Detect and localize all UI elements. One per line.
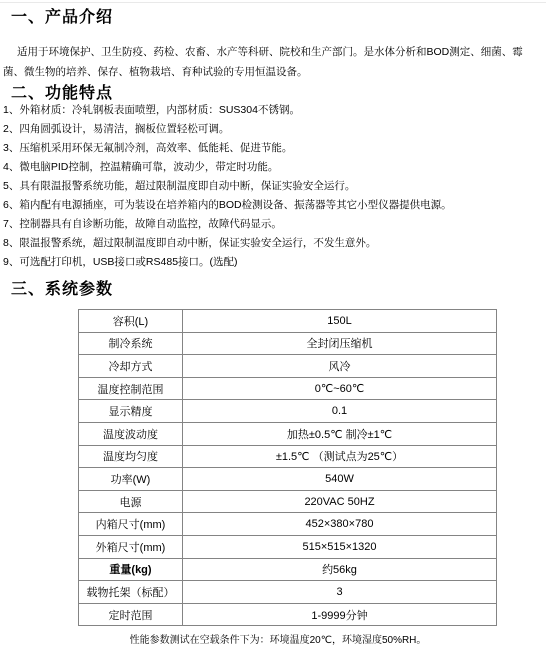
table-row: 电源 220VAC 50HZ	[79, 490, 497, 513]
table-row: 冷却方式 风冷	[79, 355, 497, 378]
feature-item: 8、限温报警系统，超过限制温度即自动中断，保证实验安全运行，不发生意外。	[3, 237, 546, 249]
product-spec-page: 一、产品介绍 适用于环境保护、卫生防疫、药检、农畜、水产等科研、院校和生产部门。…	[0, 0, 546, 652]
parameter-label: 内箱尺寸(mm)	[79, 513, 183, 536]
parameter-label: 温度波动度	[79, 422, 183, 445]
parameter-value: 220VAC 50HZ	[183, 490, 497, 513]
table-row: 载物托架（标配） 3	[79, 581, 497, 604]
table-row: 重量(kg) 约56kg	[79, 558, 497, 581]
parameter-value: 0.1	[183, 400, 497, 423]
parameter-label: 定时范围	[79, 603, 183, 626]
parameter-label: 外箱尺寸(mm)	[79, 535, 183, 558]
test-conditions-note: 性能参数测试在空载条件下为：环境温度20℃，环境湿度50%RH。	[78, 631, 478, 646]
feature-item: 2、四角圆弧设计，易清洁，搁板位置轻松可调。	[3, 123, 546, 135]
parameter-label: 功率(W)	[79, 468, 183, 491]
table-row: 定时范围 1-9999分钟	[79, 603, 497, 626]
table-row: 显示精度 0.1	[79, 400, 497, 423]
feature-item: 1、外箱材质：冷轧钢板表面喷塑，内部材质：SUS304不锈钢。	[3, 104, 546, 116]
table-row: 制冷系统 全封闭压缩机	[79, 332, 497, 355]
parameter-label: 温度均匀度	[79, 445, 183, 468]
parameter-label: 冷却方式	[79, 355, 183, 378]
parameter-label: 容积(L)	[79, 310, 183, 333]
parameter-value: 1-9999分钟	[183, 603, 497, 626]
parameter-label: 电源	[79, 490, 183, 513]
feature-item: 3、压缩机采用环保无氟制冷剂，高效率、低能耗、促进节能。	[3, 142, 546, 154]
feature-item: 9、可选配打印机，USB接口或RS485接口。(选配)	[3, 256, 546, 268]
table-row: 温度波动度 加热±0.5℃ 制冷±1℃	[79, 422, 497, 445]
parameter-value: ±1.5℃ （测试点为25℃）	[183, 445, 497, 468]
parameter-value: 540W	[183, 468, 497, 491]
table-row: 功率(W) 540W	[79, 468, 497, 491]
table-row: 温度均匀度 ±1.5℃ （测试点为25℃）	[79, 445, 497, 468]
feature-item: 7、控制器具有自诊断功能，故障自动监控，故障代码显示。	[3, 218, 546, 230]
section-title-parameters: 三、系统参数	[11, 281, 546, 299]
parameter-label: 制冷系统	[79, 332, 183, 355]
parameter-label: 显示精度	[79, 400, 183, 423]
parameter-value: 风冷	[183, 355, 497, 378]
section-title-features: 二、功能特点	[11, 85, 546, 103]
parameter-label: 温度控制范围	[79, 377, 183, 400]
feature-list: 1、外箱材质：冷轧钢板表面喷塑，内部材质：SUS304不锈钢。 2、四角圆弧设计…	[0, 104, 546, 268]
parameters-table-body: 容积(L) 150L 制冷系统 全封闭压缩机 冷却方式 风冷 温度控制范围 0℃…	[79, 310, 497, 626]
parameter-value: 3	[183, 581, 497, 604]
feature-item: 4、微电脑PID控制，控温精确可靠，波动少，带定时功能。	[3, 161, 546, 173]
intro-paragraph: 适用于环境保护、卫生防疫、药检、农畜、水产等科研、院校和生产部门。是水体分析和B…	[3, 42, 542, 82]
table-row: 内箱尺寸(mm) 452×380×780	[79, 513, 497, 536]
parameter-value: 150L	[183, 310, 497, 333]
feature-item: 6、箱内配有电源插座，可为装设在培养箱内的BOD检测设备、振荡器等其它小型仪器提…	[3, 199, 546, 211]
parameters-table: 容积(L) 150L 制冷系统 全封闭压缩机 冷却方式 风冷 温度控制范围 0℃…	[78, 309, 497, 626]
parameter-value: 加热±0.5℃ 制冷±1℃	[183, 422, 497, 445]
parameter-value: 约56kg	[183, 558, 497, 581]
top-divider	[0, 2, 546, 3]
parameter-value: 0℃~60℃	[183, 377, 497, 400]
table-row: 容积(L) 150L	[79, 310, 497, 333]
table-row: 温度控制范围 0℃~60℃	[79, 377, 497, 400]
feature-item: 5、具有限温报警系统功能，超过限制温度即自动中断，保证实验安全运行。	[3, 180, 546, 192]
parameter-value: 全封闭压缩机	[183, 332, 497, 355]
parameter-label: 载物托架（标配）	[79, 581, 183, 604]
parameter-value: 515×515×1320	[183, 535, 497, 558]
parameter-value: 452×380×780	[183, 513, 497, 536]
parameter-label: 重量(kg)	[79, 558, 183, 581]
table-row: 外箱尺寸(mm) 515×515×1320	[79, 535, 497, 558]
section-title-product-intro: 一、产品介绍	[11, 9, 546, 27]
